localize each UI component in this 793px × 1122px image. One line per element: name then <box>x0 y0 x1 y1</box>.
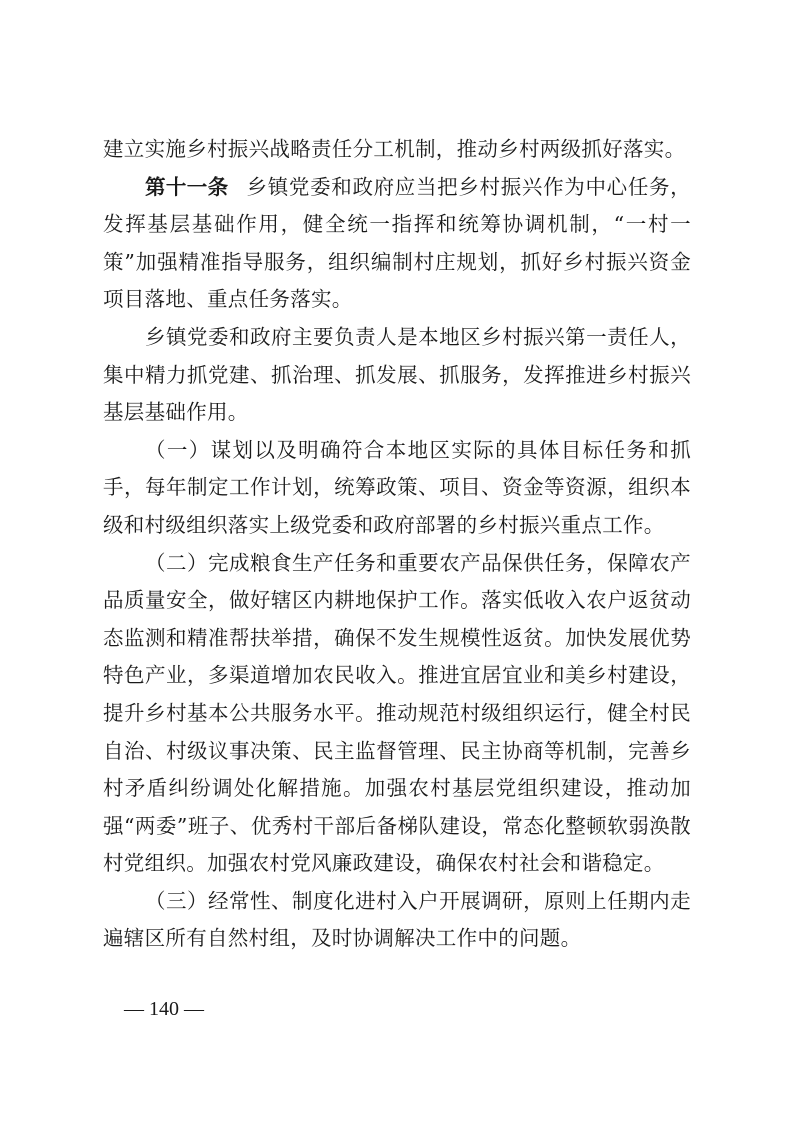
paragraph-first-responsible-person: 乡镇党委和政府主要负责人是本地区乡村振兴第一责任人，集中精力抓党建、抓治理、抓发… <box>103 319 691 432</box>
paragraph-continuation: 建立实施乡村振兴战略责任分工机制，推动乡村两级抓好落实。 <box>103 131 691 169</box>
paragraph-item-2: （二）完成粮食生产任务和重要农产品保供任务，保障农产品质量安全，做好辖区内耕地保… <box>103 545 691 883</box>
page-number: — 140 — <box>124 998 204 1021</box>
document-body: 建立实施乡村振兴战略责任分工机制，推动乡村两级抓好落实。 第十一条乡镇党委和政府… <box>103 131 691 958</box>
article-number-label: 第十一条 <box>145 175 229 199</box>
paragraph-item-1: （一）谋划以及明确符合本地区实际的具体目标任务和抓手，每年制定工作计划，统筹政策… <box>103 432 691 545</box>
paragraph-item-3: （三）经常性、制度化进村入户开展调研，原则上任期内走遍辖区所有自然村组，及时协调… <box>103 883 691 958</box>
paragraph-article-11: 第十一条乡镇党委和政府应当把乡村振兴作为中心任务，发挥基层基础作用，健全统一指挥… <box>103 169 691 319</box>
